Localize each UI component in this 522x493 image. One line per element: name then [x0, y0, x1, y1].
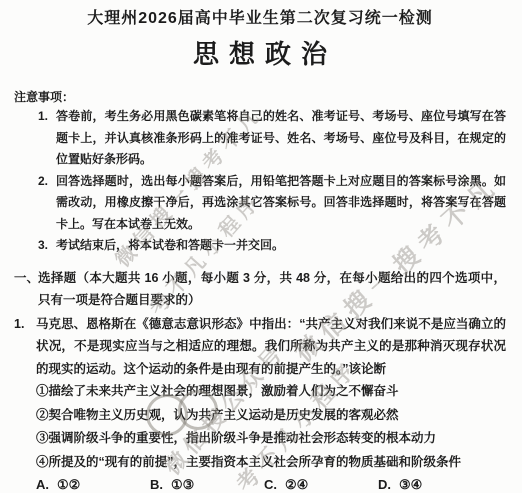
notice-item-text: 考试结束后，将本试卷和答题卡一并交回。	[56, 235, 506, 257]
notice-item-number: 2.	[38, 171, 56, 236]
notice-item-text: 答卷前，考生务必用黑色碳素笔将自己的姓名、准考证号、考场号、座位号填写在答题卡上…	[56, 106, 506, 171]
statement-3: ③强调阶级斗争的重要性，指出阶级斗争是推动社会形态转变的根本动力	[36, 427, 506, 451]
section-heading-text: 选择题（本大题共 16 小题，每小题 3 分，共 48 分，在每小题给出的四个选…	[38, 267, 506, 311]
exam-subject: 思想政治	[14, 38, 506, 72]
exam-title: 大理州2026届高中毕业生第二次复习统一检测	[14, 8, 506, 30]
option-label: B.	[150, 477, 163, 492]
option-b: B.①③	[150, 474, 264, 493]
option-a: A.①②	[36, 474, 150, 493]
exam-paper-page: 微信搜一搜考不凡 考不凡小程序 微信搜一搜考不凡 微信搜公众号 考不凡小程序 大…	[0, 0, 522, 493]
notice-item: 1. 答卷前，考生务必用黑色碳素笔将自己的姓名、准考证号、考场号、座位号填写在答…	[38, 106, 506, 171]
notice-item: 2. 回答选择题时，选出每小题答案后，用铅笔把答题卡上对应题目的答案标号涂黑。如…	[38, 171, 506, 236]
option-value: ①②	[57, 477, 80, 492]
option-label: D.	[378, 477, 391, 492]
statement-4: ④所提及的“现有的前提”，主要指资本主义社会所孕育的物质基础和阶级条件	[36, 451, 506, 475]
section-one-heading: 一、 选择题（本大题共 16 小题，每小题 3 分，共 48 分，在每小题给出的…	[14, 267, 506, 311]
notice-list: 1. 答卷前，考生务必用黑色碳素笔将自己的姓名、准考证号、考场号、座位号填写在答…	[14, 106, 506, 257]
question-stem: 马克思、恩格斯在《德意志意识形态》中指出：“共产主义对我们来说不是应当确立的状况…	[36, 313, 506, 381]
notice-item-text: 回答选择题时，选出每小题答案后，用铅笔把答题卡上对应题目的答案标号涂黑。如需改动…	[56, 171, 506, 236]
option-value: ①③	[171, 477, 194, 492]
option-d: D.③④	[378, 474, 492, 493]
question-1: 1. 马克思、恩格斯在《德意志意识形态》中指出：“共产主义对我们来说不是应当确立…	[14, 313, 506, 381]
notice-heading: 注意事项：	[14, 88, 506, 106]
section-number: 一、	[14, 267, 38, 311]
option-c: C.②④	[264, 474, 378, 493]
paper-header: 大理州2026届高中毕业生第二次复习统一检测 思想政治	[14, 8, 506, 72]
option-label: A.	[36, 477, 49, 492]
question-number: 1.	[14, 313, 36, 381]
option-value: ③④	[399, 477, 422, 492]
notice-item-number: 3.	[38, 235, 56, 257]
option-value: ②④	[285, 477, 308, 492]
question-1-options: A.①② B.①③ C.②④ D.③④	[36, 474, 506, 493]
statement-2: ②契合唯物主义历史观，认为共产主义运动是历史发展的客观必然	[36, 404, 506, 428]
option-label: C.	[264, 477, 277, 492]
notice-item-number: 1.	[38, 106, 56, 171]
notice-item: 3. 考试结束后，将本试卷和答题卡一并交回。	[38, 235, 506, 257]
statement-1: ①描绘了未来共产主义社会的理想图景，激励着人们为之不懈奋斗	[36, 380, 506, 404]
question-1-statements: ①描绘了未来共产主义社会的理想图景，激励着人们为之不懈奋斗 ②契合唯物主义历史观…	[36, 380, 506, 474]
